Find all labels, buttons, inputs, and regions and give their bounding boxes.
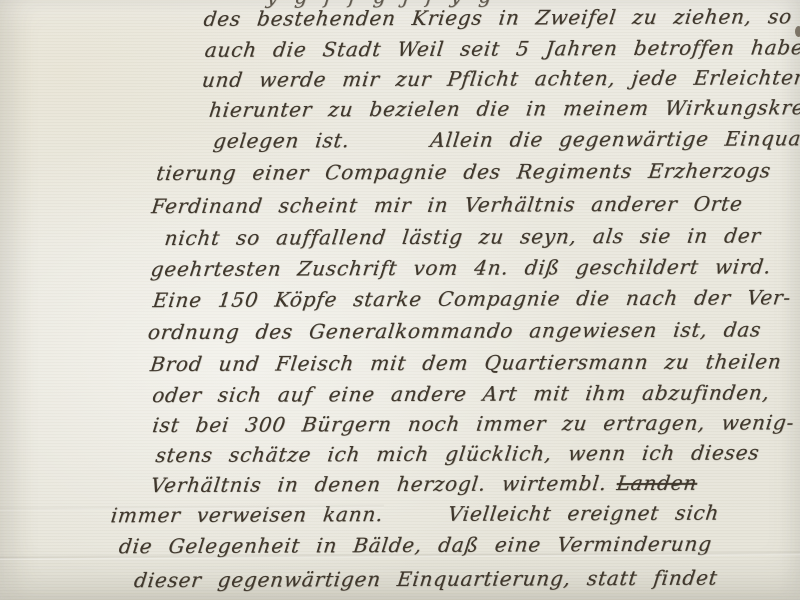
- handwritten-line: stens schätze ich mich glücklich, wenn i…: [156, 439, 760, 468]
- handwritten-line: Eine 150 Köpfe starke Compagnie die nach…: [153, 284, 791, 313]
- line-text: ist bei 300 Bürgern noch immer zu ertrag…: [151, 409, 796, 438]
- line-text: dieser gegenwärtigen Einquartierung, sta…: [133, 565, 720, 594]
- handwritten-line: hierunter zu bezielen die in meinem Wirk…: [209, 94, 800, 123]
- line-text: tierung einer Compagnie des Regiments Er…: [155, 157, 773, 186]
- line-text: Verhältnis in denen herzogl. wirtembl.: [149, 470, 608, 498]
- line-text: Brod und Fleisch mit dem Quartiersmann z…: [149, 348, 783, 377]
- line-text: stens schätze ich mich glücklich, wenn i…: [154, 439, 761, 468]
- handwritten-line: auch die Stadt Weil seit 5 Jahren betrof…: [205, 34, 800, 63]
- handwritten-line-bottom-cropped: dieser gegenwärtigen Einquartierung, sta…: [134, 565, 718, 594]
- line-text: die Gelegenheit in Bälde, daß eine Vermi…: [118, 531, 714, 560]
- handwritten-line: ist bei 300 Bürgern noch immer zu ertrag…: [152, 409, 794, 438]
- line-text: und werde mir zur Pflicht achten, jede E…: [200, 64, 800, 93]
- handwritten-line-with-strikethrough: Verhältnis in denen herzogl. wirtembl.La…: [151, 470, 698, 498]
- line-text: hierunter zu bezielen die in meinem Wirk…: [208, 94, 800, 123]
- handwritten-line: Ferdinand scheint mir in Verhältnis ande…: [152, 191, 743, 220]
- letter-page-scan: y g ſ f g j ſ y g des bestehenden Kriegs…: [0, 0, 800, 600]
- handwritten-line: gelegen ist. Allein die gegenwärtige Ein…: [213, 125, 800, 154]
- handwritten-line: die Gelegenheit in Bälde, daß eine Vermi…: [119, 531, 712, 560]
- line-text: oder sich auf eine andere Art mit ihm ab…: [151, 379, 771, 408]
- line-text: nicht so auffallend lästig zu seyn, als …: [163, 222, 762, 251]
- ink-speck-right-edge: [795, 26, 800, 37]
- handwritten-line: geehrtesten Zuschrift vom 4n. diß geschi…: [151, 253, 771, 282]
- handwritten-line: immer verweisen kann. Vielleicht ereigne…: [111, 500, 719, 529]
- line-text: Eine 150 Köpfe starke Compagnie die nach…: [151, 284, 792, 313]
- line-text: geehrtesten Zuschrift vom 4n. diß geschi…: [149, 253, 772, 282]
- handwritten-line: oder sich auf eine andere Art mit ihm ab…: [152, 379, 770, 408]
- handwritten-line: und werde mir zur Pflicht achten, jede E…: [202, 64, 800, 93]
- line-text: immer verweisen kann. Vielleicht ereigne…: [109, 500, 720, 529]
- handwritten-line: des bestehenden Kriegs in Zweifel zu zie…: [204, 3, 792, 32]
- handwritten-line: Brod und Fleisch mit dem Quartiersmann z…: [150, 348, 782, 377]
- line-text: des bestehenden Kriegs in Zweifel zu zie…: [202, 3, 793, 32]
- line-text: gelegen ist. Allein die gegenwärtige Ein…: [212, 125, 800, 154]
- struck-word: Landen: [615, 470, 698, 496]
- handwritten-text-block: y g ſ f g j ſ y g des bestehenden Kriegs…: [0, 0, 800, 600]
- line-text: auch die Stadt Weil seit 5 Jahren betrof…: [203, 34, 800, 63]
- line-text: Ferdinand scheint mir in Verhältnis ande…: [150, 190, 744, 219]
- handwritten-line: ordnung des Generalkommando angewiesen i…: [148, 316, 761, 345]
- handwritten-line: tierung einer Compagnie des Regiments Er…: [156, 157, 771, 186]
- handwritten-line: nicht so auffallend lästig zu seyn, als …: [165, 222, 761, 251]
- line-text: ordnung des Generalkommando angewiesen i…: [147, 316, 763, 345]
